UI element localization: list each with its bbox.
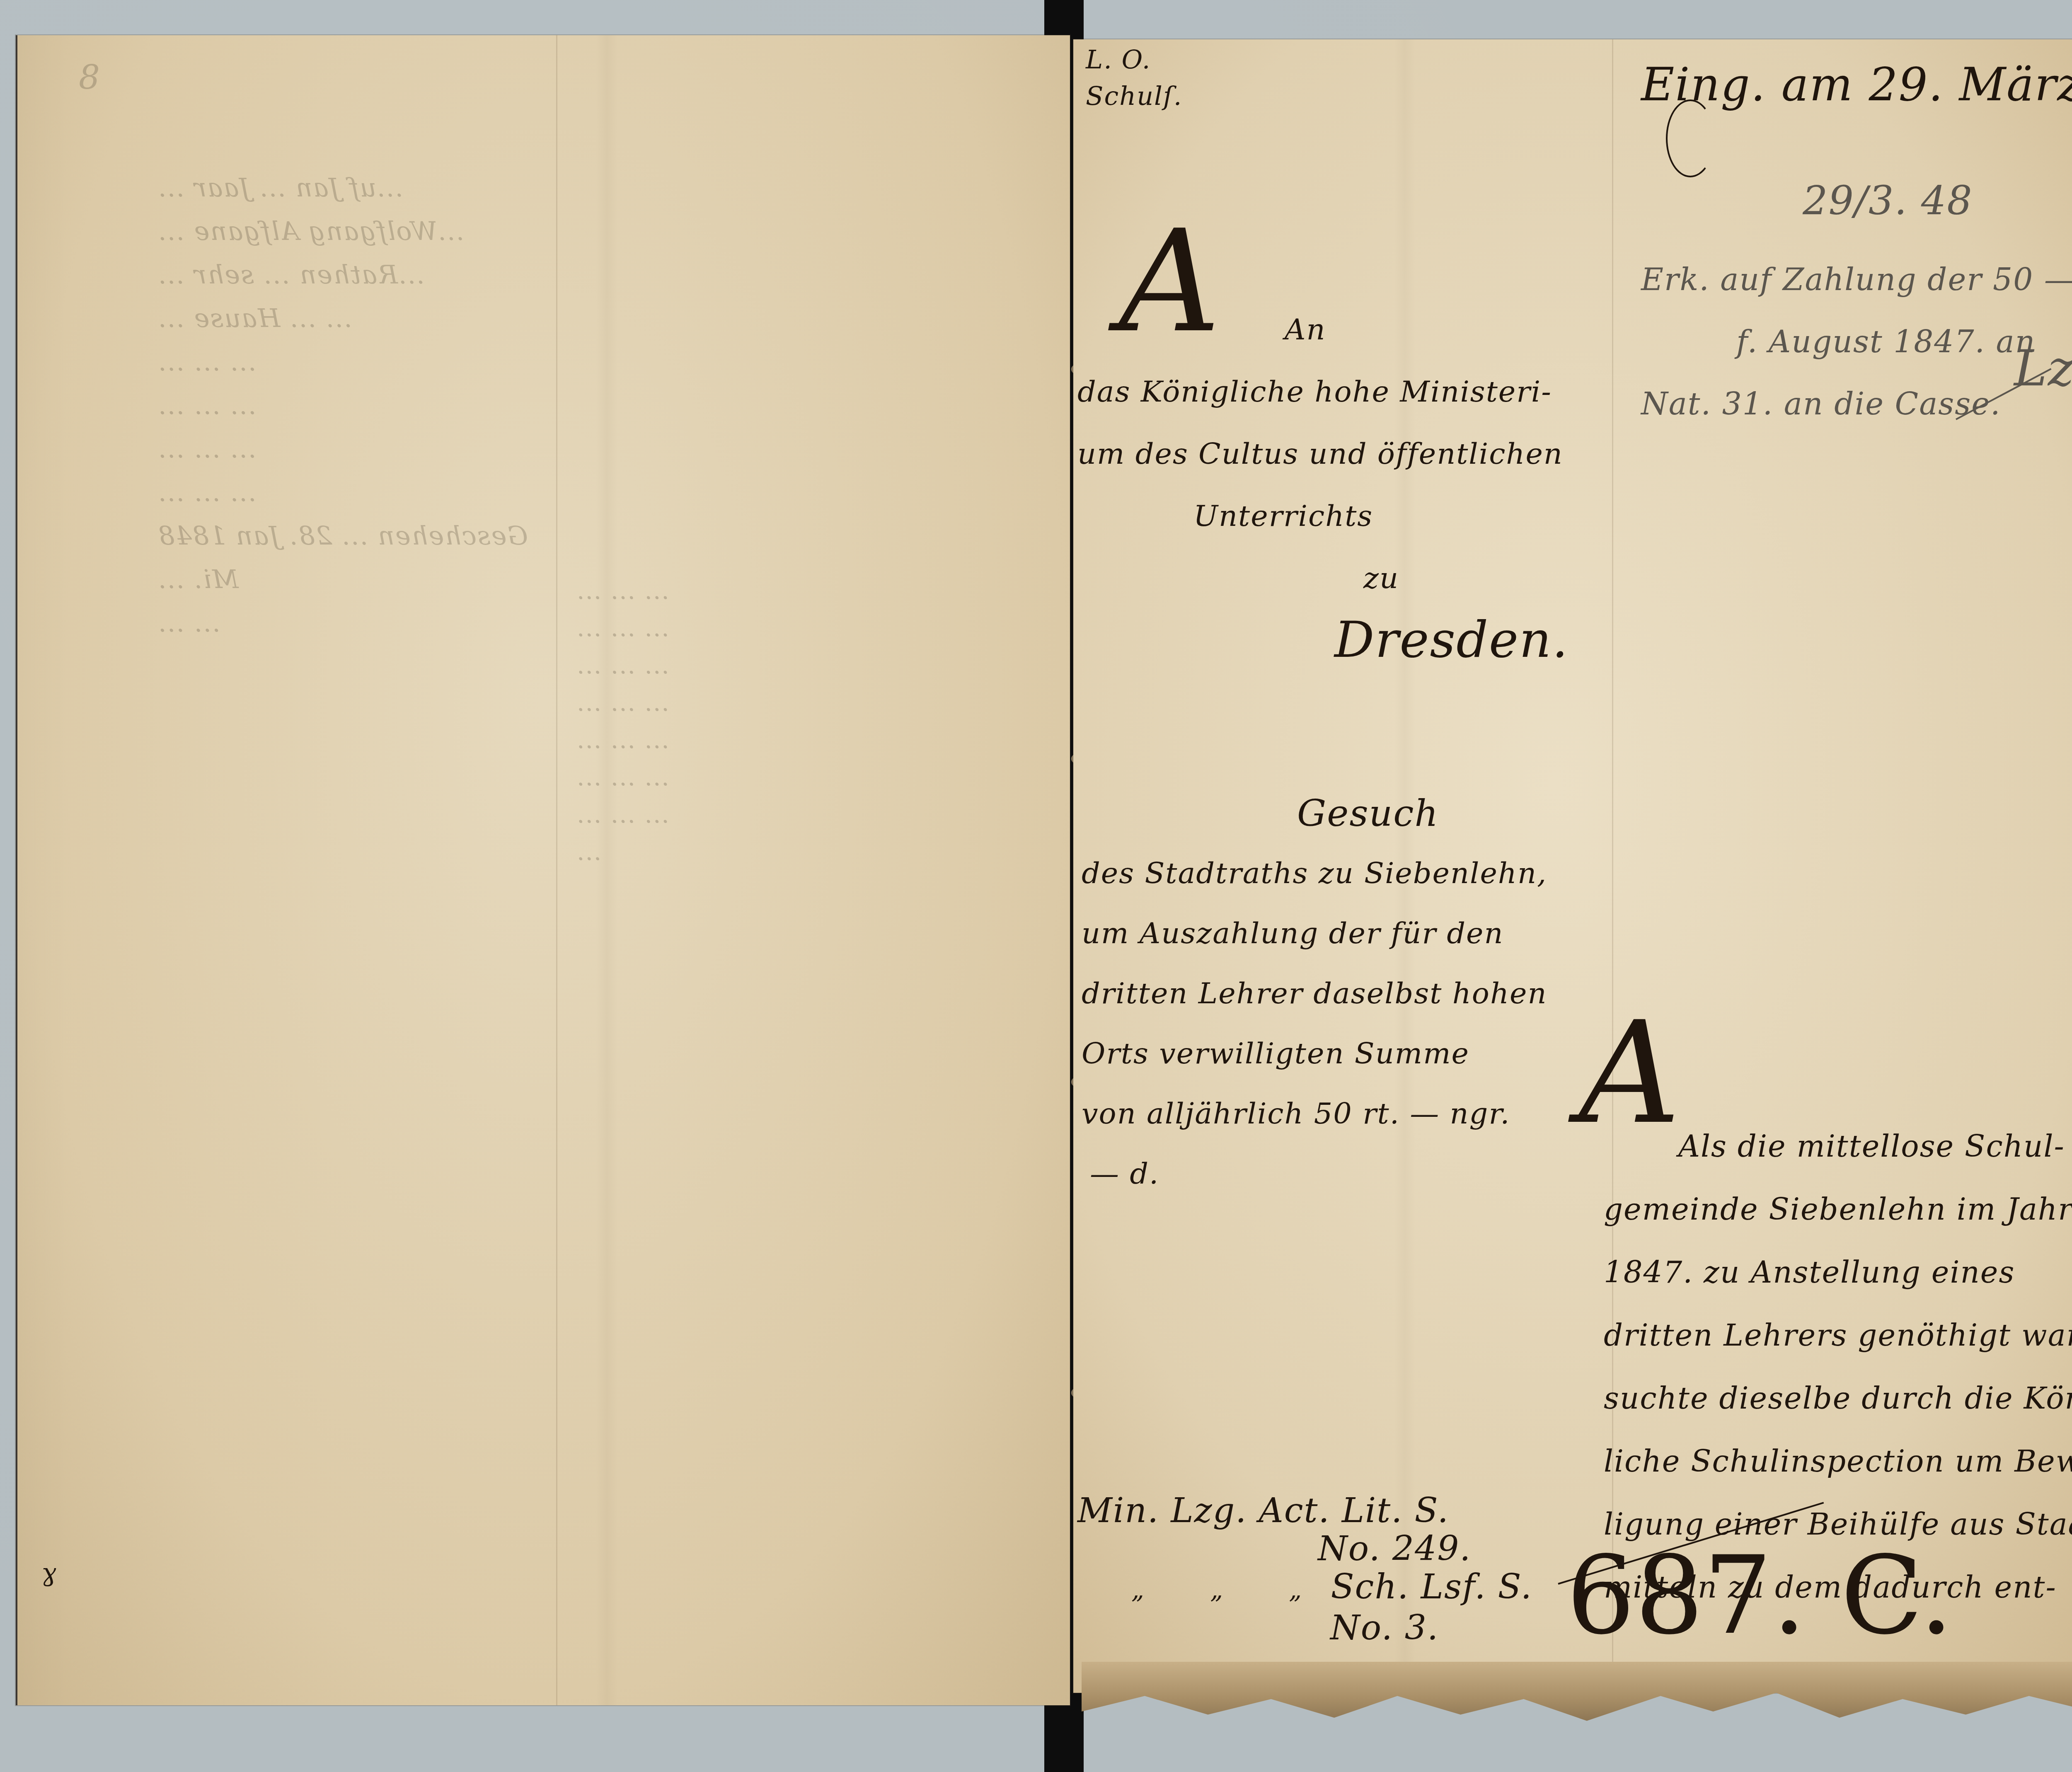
bleed-line: ... ... ... (576, 684, 669, 721)
bleed-line: ... ... ... (157, 340, 528, 383)
address-line: Unterrichts (1077, 485, 1569, 547)
address-city: Dresden. (1077, 609, 1569, 671)
bleed-line: ... ... ... (576, 796, 669, 833)
reference-line: „ „ „Sch. Lsf. S. (1077, 1568, 1532, 1609)
address-line: zu (1077, 547, 1569, 609)
bleed-line: ... ... ... (576, 646, 669, 684)
left-bleed-through-upper: ...uf Jan ... Jaar ... ...Wolfgang Alfga… (157, 166, 528, 644)
body-line: 1847. zu Anstellung eines (1604, 1241, 2072, 1304)
annotation-line: Schulſ. (1086, 78, 1183, 114)
bleed-line: ... ... ... (157, 427, 528, 470)
petition-line: dritten Lehrer daselbst hohen (1082, 963, 1547, 1024)
left-page-number: 8 (79, 58, 101, 97)
petition-title: Gesuch (1082, 783, 1547, 843)
bleed-line: ... ... ... (576, 721, 669, 758)
bleed-line: ...Wolfgang Alfgane ... (157, 209, 528, 253)
bleed-line: ... (576, 833, 669, 870)
bleed-line: ... ... Hause ... (157, 296, 528, 340)
body-line: Als die mittellose Schul- (1604, 1115, 2072, 1178)
bleed-line: ... ... (157, 601, 528, 644)
bleed-line: ... ... ... (576, 572, 669, 609)
bleed-line: ... ... ... (157, 470, 528, 514)
ditto-marks: „ „ „ (1131, 1576, 1331, 1605)
left-page-fold (556, 35, 557, 1705)
left-bleed-through-lower: ... ... ... ... ... ... ... ... ... ... … (576, 572, 669, 870)
petition-line: Orts verwilligten Summe (1082, 1024, 1547, 1084)
archive-reference: Min. Lzg. Act. Lit. S. No. 249. „ „ „Sch… (1077, 1492, 1532, 1647)
petition-heading: Gesuch des Stadtraths zu Siebenlehn, um … (1082, 783, 1547, 1204)
addressee-block: An das Königliche hohe Ministeri- um des… (1077, 298, 1569, 671)
pencil-note-line: Nat. 31. an die Casse. (1641, 373, 2072, 435)
received-flourish (1666, 99, 1715, 177)
body-line: suchte dieselbe durch die König- (1604, 1367, 2072, 1430)
body-line: liche Schulinspection um Bewil- (1604, 1430, 2072, 1493)
petition-line: um Auszahlung der für den (1082, 903, 1547, 963)
bleed-line: ... ... ... (157, 383, 528, 427)
pencil-resolution-note: Erk. auf Zahlung der 50 — — f. August 18… (1641, 249, 2072, 435)
address-line: An (1077, 298, 1569, 361)
pencil-note-line: f. August 1847. an (1641, 311, 2072, 373)
petition-line: — d. (1082, 1144, 1547, 1204)
reference-line: No. 249. (1077, 1530, 1532, 1568)
petition-line: von alljährlich 50 rt. — ngr. (1082, 1084, 1547, 1144)
top-left-annotation: L. O. Schulſ. (1086, 41, 1183, 114)
petition-line: des Stadtraths zu Siebenlehn, (1082, 843, 1547, 903)
received-date-stamp: Eing. am 29. März 1848. (1641, 58, 2072, 111)
bleed-line: ... ... ... (576, 758, 669, 796)
bleed-line: Mi. ... (157, 557, 528, 601)
bleed-line: Geschehen ... 28. Jan 1848 (157, 514, 528, 557)
left-edge-ink-mark: ɣ (41, 1558, 57, 1587)
bleed-line: ...uf Jan ... Jaar ... (157, 166, 528, 209)
pencil-initials: Lz (2014, 340, 2072, 397)
bleed-line: ... ... ... (576, 609, 669, 646)
pencil-note-line: Erk. auf Zahlung der 50 — — (1641, 249, 2072, 311)
reference-text: Sch. Lsf. S. (1331, 1567, 1532, 1607)
reference-line: No. 3. (1077, 1609, 1532, 1647)
body-line: gemeinde Siebenlehn im Jahre (1604, 1178, 2072, 1241)
bleed-line: ...Rathen ... sehr ... (157, 253, 528, 296)
pencil-date: 29/3. 48 (1803, 178, 1973, 224)
annotation-line: L. O. (1086, 41, 1183, 78)
address-line: das Königliche hohe Ministeri- (1077, 361, 1569, 423)
archive-number: 687. C. (1566, 1533, 1953, 1658)
body-line: dritten Lehrers genöthigt war, (1604, 1304, 2072, 1367)
reference-line: Min. Lzg. Act. Lit. S. (1077, 1492, 1532, 1530)
address-line: um des Cultus und öffentlichen (1077, 423, 1569, 485)
